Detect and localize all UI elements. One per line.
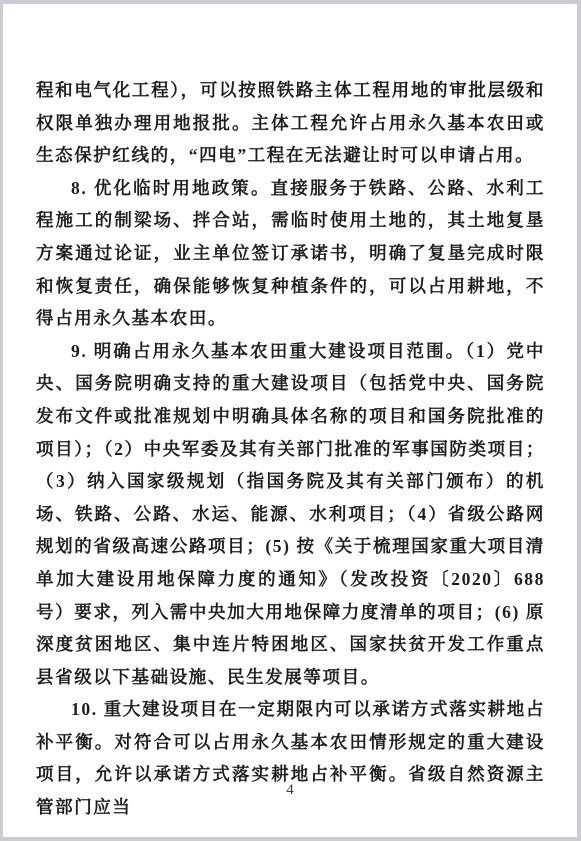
paragraph: 10. 重大建设项目在一定期限内可以承诺方式落实耕地占补平衡。对符合可以占用永久… — [36, 693, 545, 823]
paragraph: 程和电气化工程），可以按照铁路主体工程用地的审批层级和权限单独办理用地报批。主体… — [36, 74, 545, 172]
paragraph: 8. 优化临时用地政策。直接服务于铁路、公路、水利工程施工的制梁场、拌合站，需临… — [36, 172, 545, 335]
document-body: 程和电气化工程），可以按照铁路主体工程用地的审批层级和权限单独办理用地报批。主体… — [36, 74, 545, 824]
page-number: 4 — [3, 780, 577, 800]
paragraph: 9. 明确占用永久基本农田重大建设项目范围。（1）党中央、国务院明确支持的重大建… — [36, 335, 545, 694]
scanned-document: 程和电气化工程），可以按照铁路主体工程用地的审批层级和权限单独办理用地报批。主体… — [0, 0, 581, 841]
document-page: 程和电气化工程），可以按照铁路主体工程用地的审批层级和权限单独办理用地报批。主体… — [3, 4, 577, 837]
